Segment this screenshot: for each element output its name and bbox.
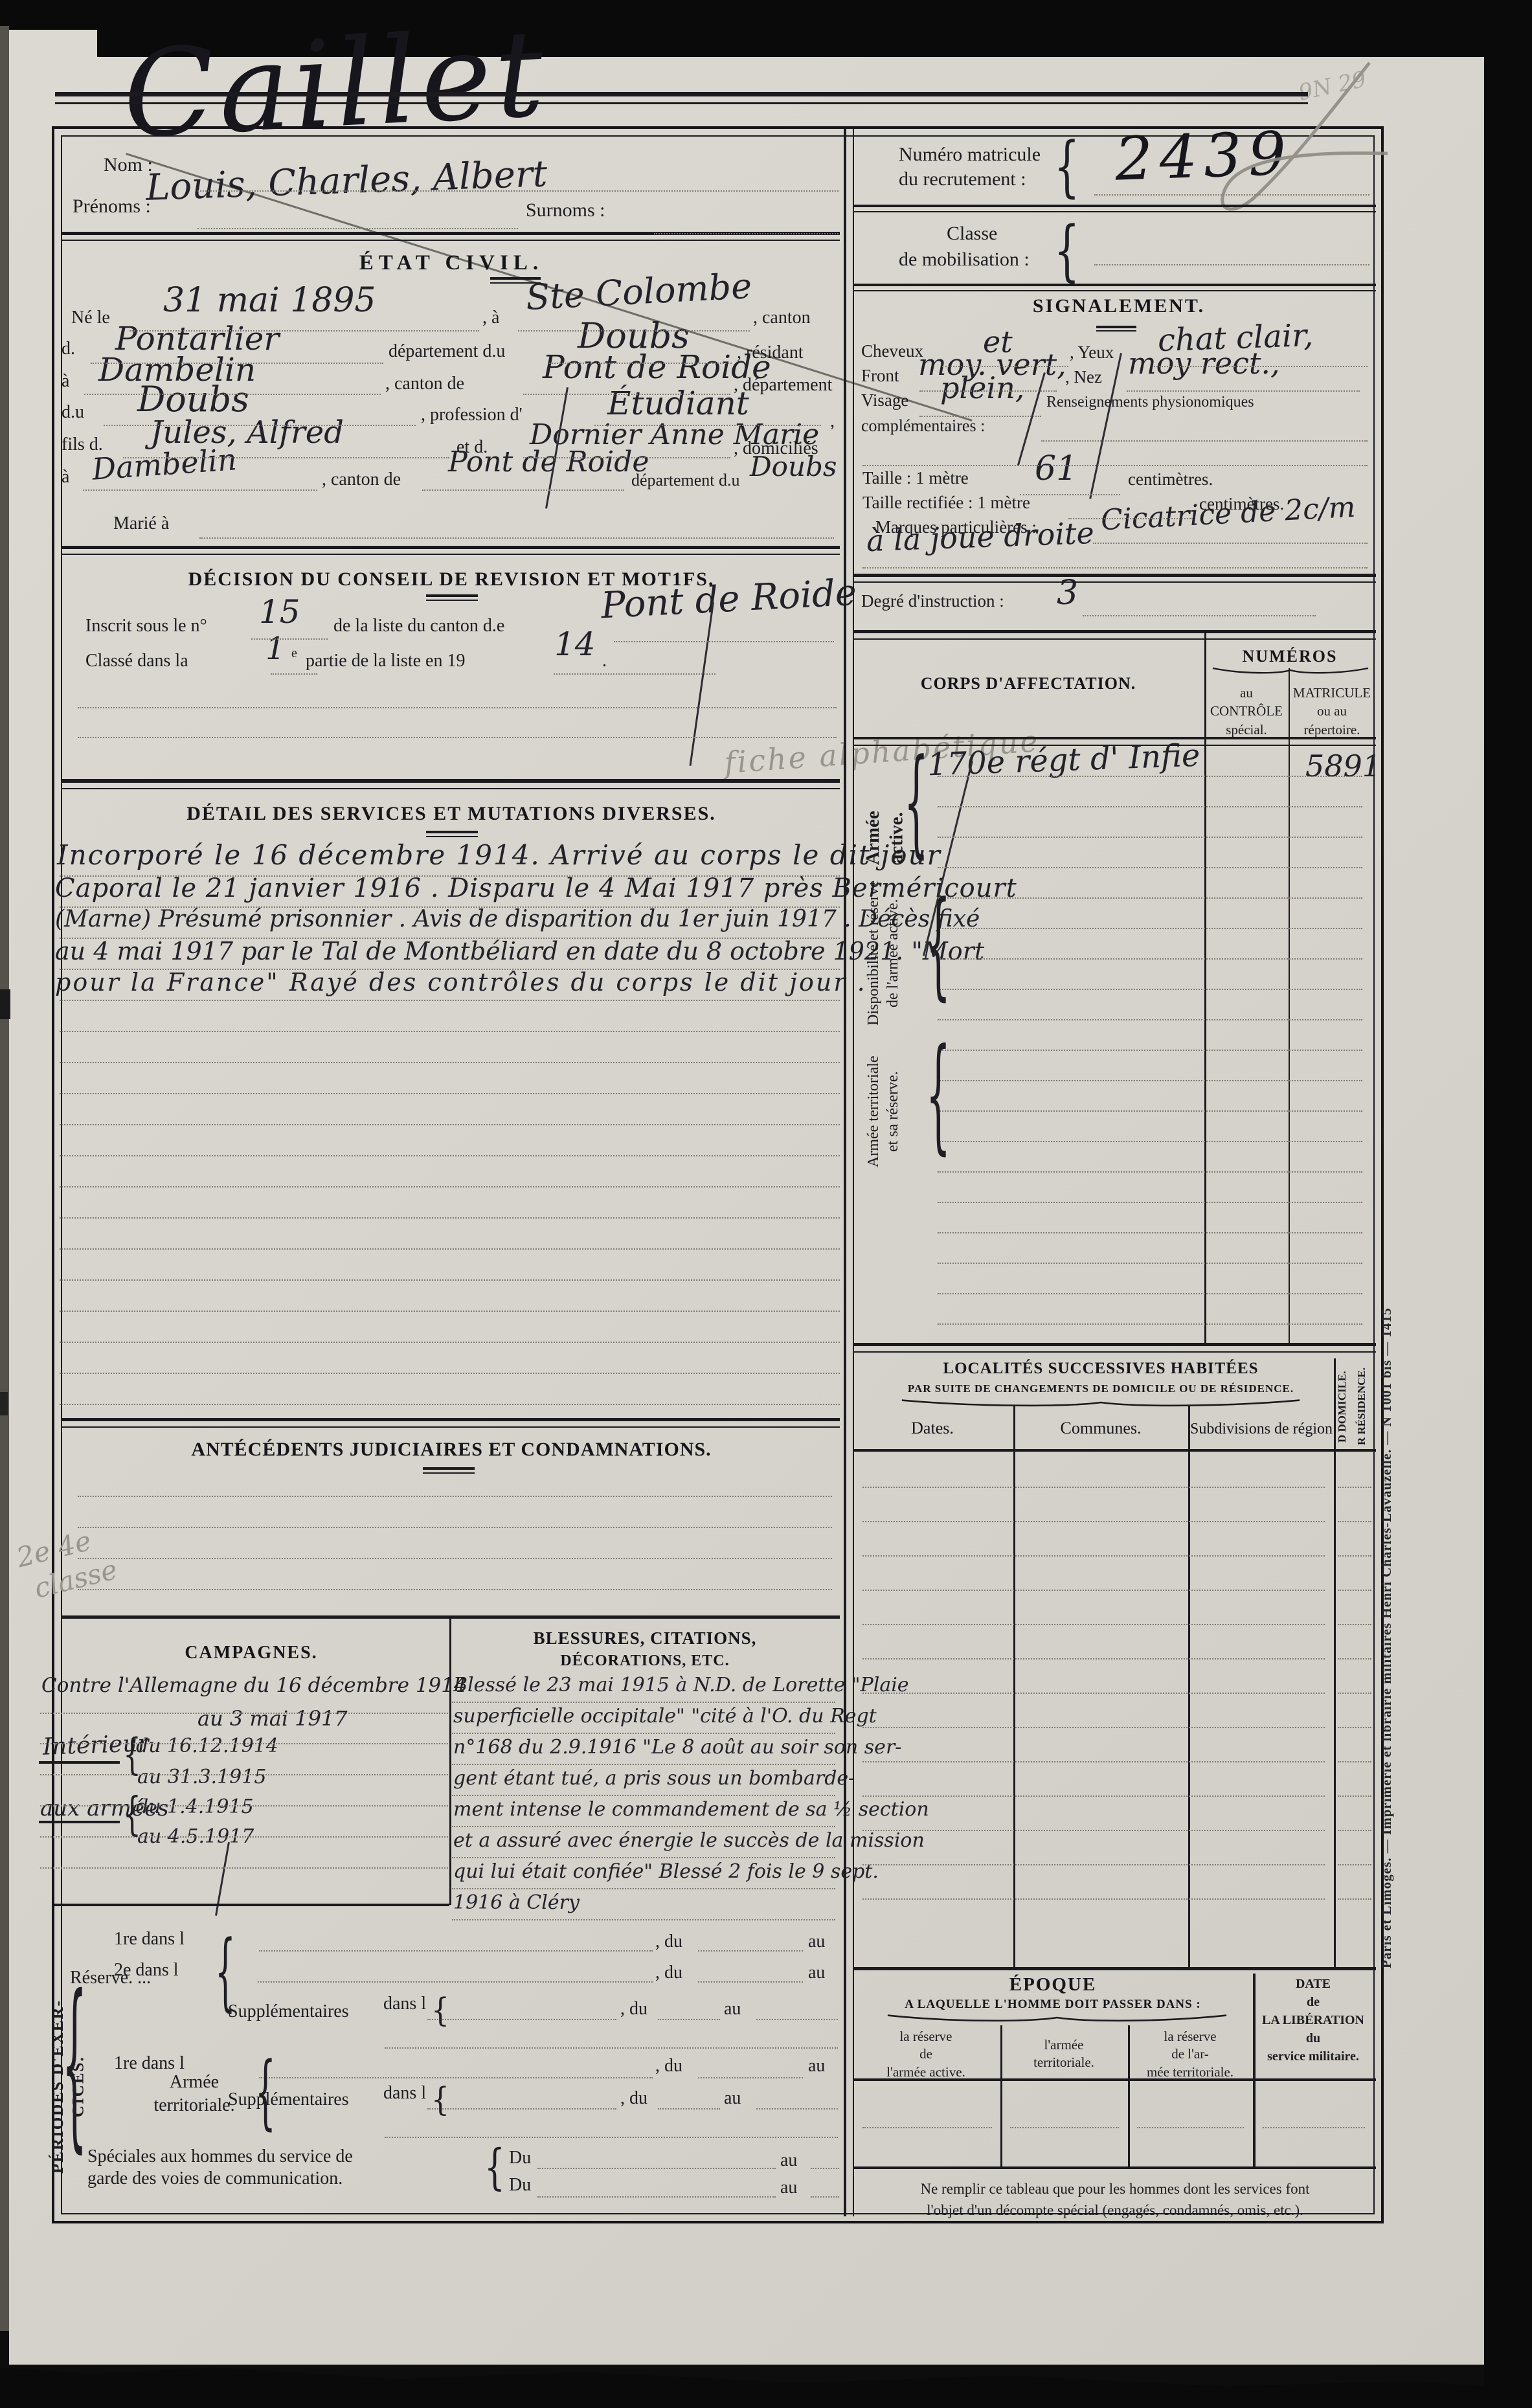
centimetres-label: centimètres. bbox=[1128, 470, 1213, 489]
dotted-line bbox=[1338, 1727, 1371, 1728]
inscrit-label: Inscrit sous le n° bbox=[85, 616, 207, 636]
rule-line bbox=[39, 1821, 120, 1823]
dotted-line bbox=[658, 2019, 720, 2020]
dotted-line bbox=[40, 1867, 448, 1869]
rule-line bbox=[853, 205, 1376, 207]
col-residence-header: R RÉSIDENCE. bbox=[1355, 1360, 1368, 1454]
dotted-line bbox=[862, 1521, 1325, 1522]
du-label: d.u bbox=[62, 403, 84, 423]
dotted-line bbox=[938, 806, 1362, 807]
rule-line bbox=[853, 1967, 1376, 1970]
rule-line bbox=[853, 2078, 1376, 2081]
dotted-line bbox=[60, 1217, 840, 1219]
speciales-au-2: au bbox=[780, 2178, 797, 2198]
dotted-line bbox=[60, 1404, 840, 1405]
dotted-line bbox=[427, 2019, 616, 2020]
rule-line bbox=[423, 1472, 475, 1474]
dotted-line bbox=[60, 875, 840, 877]
dotted-line bbox=[271, 673, 317, 675]
a-label-2: à bbox=[62, 372, 69, 392]
dotted-line bbox=[554, 673, 715, 675]
front-label: Front bbox=[861, 366, 899, 386]
dotted-line bbox=[60, 906, 840, 908]
domicile-canton-value: Pont de Roide bbox=[448, 448, 649, 477]
dotted-line bbox=[1338, 1521, 1371, 1522]
dotted-line bbox=[862, 1898, 1325, 1900]
dotted-line bbox=[40, 1774, 448, 1775]
dotted-line bbox=[938, 928, 1362, 929]
departement-du-label: département d.u bbox=[389, 342, 505, 362]
dotted-line bbox=[259, 2077, 653, 2078]
dotted-line bbox=[1154, 366, 1368, 367]
brace-decoration: { bbox=[1054, 133, 1079, 199]
dotted-line bbox=[654, 233, 839, 234]
canton-de-label: , canton de bbox=[385, 374, 464, 394]
vertical-line bbox=[1334, 1358, 1336, 1967]
dotted-line bbox=[698, 1950, 803, 1952]
col-domicile-header: D DOMICILE. bbox=[1335, 1360, 1349, 1454]
dotted-line bbox=[1094, 194, 1369, 196]
rule-line bbox=[853, 1343, 1376, 1346]
blessures-line: 1916 à Cléry bbox=[453, 1893, 580, 1913]
dotted-line bbox=[452, 1733, 835, 1734]
dotted-line bbox=[756, 2019, 838, 2020]
degre-instruction-label: Degré d'instruction : bbox=[861, 592, 1004, 611]
dotted-line bbox=[1338, 1693, 1371, 1694]
speciales-label-1: Spéciales aux hommes du service de bbox=[87, 2147, 353, 2167]
campagnes-interieur-du: du 16.12.1914 bbox=[136, 1737, 278, 1756]
brace-decoration: { bbox=[123, 1792, 141, 1838]
blessures-heading-1: BLESSURES, CITATIONS, bbox=[534, 1629, 757, 1648]
dotted-line bbox=[197, 228, 518, 229]
dotted-line bbox=[862, 1487, 1325, 1488]
brace-decoration: { bbox=[431, 1994, 449, 2027]
classe-suite-label: partie de la liste en 19 bbox=[306, 651, 465, 671]
campagnes-heading: CAMPAGNES. bbox=[185, 1643, 317, 1663]
dotted-line bbox=[1020, 494, 1120, 495]
groupe-disponibilite-label: Disponibilité et réserve de l'armée acti… bbox=[864, 879, 903, 1027]
dotted-line bbox=[938, 1263, 1362, 1264]
dotted-line bbox=[1010, 2127, 1119, 2128]
rule-line bbox=[853, 211, 1376, 212]
yeux-label: , Yeux bbox=[1070, 343, 1114, 363]
profession-value: Étudiant bbox=[607, 387, 749, 420]
scan-artifact bbox=[0, 1392, 8, 1415]
rule-line bbox=[55, 102, 1308, 104]
a-label: , à bbox=[482, 308, 499, 328]
dotted-line bbox=[258, 1981, 653, 1983]
dotted-line bbox=[259, 1950, 653, 1952]
dotted-line bbox=[1338, 1830, 1371, 1831]
vertical-line bbox=[449, 1617, 451, 1905]
residence-departement-value: Doubs bbox=[137, 382, 249, 417]
dotted-line bbox=[938, 1019, 1362, 1020]
dotted-line bbox=[698, 1981, 803, 1983]
dotted-line bbox=[938, 1141, 1362, 1142]
blessures-line: gent étant tué, a pris sous un bombarde- bbox=[453, 1769, 855, 1788]
dotted-line bbox=[938, 867, 1362, 868]
dotted-line bbox=[1338, 1658, 1371, 1660]
dotted-line bbox=[452, 1795, 835, 1796]
d-label: d. bbox=[62, 339, 75, 359]
dotted-line bbox=[658, 2108, 720, 2110]
dotted-line bbox=[862, 1658, 1325, 1660]
departement-du-label-2: département d.u bbox=[631, 471, 740, 490]
scan-edge-right bbox=[1484, 0, 1532, 2408]
brace-decoration: { bbox=[62, 1974, 87, 2156]
dotted-line bbox=[1137, 2127, 1244, 2128]
dotted-line bbox=[78, 1496, 832, 1497]
row-1re-t-du: , du bbox=[655, 2056, 682, 2076]
dotted-line bbox=[938, 1050, 1362, 1051]
dotted-line bbox=[919, 416, 1041, 417]
dotted-line bbox=[1338, 1864, 1371, 1865]
col-dates-header: Dates. bbox=[911, 1419, 954, 1438]
vertical-line bbox=[853, 128, 854, 2216]
dotted-line bbox=[60, 1248, 840, 1250]
speciales-du-2: Du bbox=[509, 2176, 531, 2196]
vertical-line bbox=[1289, 668, 1290, 1344]
localites-title: LOCALITÉS SUCCESSIVES HABITÉES bbox=[943, 1360, 1258, 1378]
etat-civil-heading: ÉTAT CIVIL. bbox=[359, 251, 543, 275]
dotted-line bbox=[91, 363, 383, 364]
rule-line bbox=[853, 284, 1376, 286]
profession-label: , profession d' bbox=[421, 405, 523, 425]
rule-line bbox=[1096, 330, 1136, 332]
epoque-brace bbox=[881, 2012, 1233, 2023]
dotted-line bbox=[938, 1232, 1362, 1233]
dotted-line bbox=[1127, 390, 1360, 392]
epoque-title: ÉPOQUE bbox=[1009, 1975, 1096, 1996]
col-communes-header: Communes. bbox=[1061, 1419, 1142, 1438]
dotted-line bbox=[938, 989, 1362, 990]
blessures-line: qui lui était confiée" Blessé 2 fois le … bbox=[453, 1862, 879, 1882]
taille-rectifiee-label: Taille rectifiée : 1 mètre bbox=[862, 493, 1030, 513]
rule-line bbox=[423, 1467, 475, 1470]
rule-line bbox=[54, 1904, 449, 1906]
dotted-line bbox=[385, 2137, 838, 2138]
suppl-t-du: , du bbox=[620, 2089, 648, 2109]
armee-territoriale-label: Armée territoriale. bbox=[153, 2071, 234, 2118]
epoque-footnote: Ne remplir ce tableau que pour les homme… bbox=[920, 2178, 1309, 2222]
groupe-armee-active-label: Armée active. bbox=[861, 785, 908, 892]
services-line: Incorporé le 16 décembre 1914. Arrivé au… bbox=[57, 842, 941, 869]
dotted-line bbox=[78, 707, 837, 708]
services-heading: DÉTAIL DES SERVICES ET MUTATIONS DIVERSE… bbox=[186, 803, 716, 824]
dotted-line bbox=[60, 1093, 840, 1094]
antecedents-heading: ANTÉCÉDENTS JUDICIAIRES ET CONDAMNATIONS… bbox=[191, 1439, 711, 1460]
rule-line bbox=[853, 745, 1376, 746]
rule-line bbox=[39, 1761, 120, 1764]
supplementaires-t-label: Supplémentaires bbox=[228, 2090, 349, 2110]
rule-line bbox=[426, 600, 478, 601]
rule-line bbox=[853, 581, 1376, 583]
dotted-line bbox=[1338, 1898, 1371, 1900]
dotted-line bbox=[1338, 1761, 1371, 1762]
dotted-line bbox=[104, 425, 416, 426]
rule-line bbox=[853, 574, 1376, 577]
dans-l-label: dans l bbox=[383, 1994, 426, 2014]
rule-line bbox=[853, 1351, 1376, 1353]
scanned-military-register-page: Caillet Nom : Prénoms : Louis, Charles, … bbox=[0, 0, 1532, 2408]
controle-special-header: au CONTRÔLE spécial. bbox=[1210, 684, 1283, 739]
vertical-line bbox=[1253, 1974, 1256, 2168]
classe-annee-value: 14 bbox=[554, 628, 596, 660]
dans-l-t-label: dans l bbox=[383, 2084, 426, 2104]
rule-line bbox=[490, 277, 541, 280]
dotted-line bbox=[60, 1062, 840, 1063]
epoque-date-liberation-header: DATE de LA LIBÉRATION du service militai… bbox=[1262, 1975, 1364, 2065]
rule-line bbox=[853, 1449, 1376, 1452]
brace-decoration: { bbox=[255, 2051, 276, 2132]
blessures-line: Blessé le 23 mai 1915 à N.D. de Lorette … bbox=[453, 1676, 909, 1695]
row-2e-label: 2e dans l bbox=[114, 1961, 179, 1981]
dotted-line bbox=[40, 1805, 448, 1806]
dotted-line bbox=[537, 2196, 776, 2198]
speciales-au-1: au bbox=[780, 2151, 797, 2171]
dotted-line bbox=[60, 1124, 840, 1125]
numeros-header: NUMÉROS bbox=[1243, 647, 1338, 666]
surnoms-label: Surnoms : bbox=[526, 199, 605, 221]
ne-le-label: Né le bbox=[71, 308, 110, 328]
cheveux-label: Cheveux bbox=[861, 342, 923, 361]
dotted-line bbox=[427, 2108, 616, 2110]
dotted-line bbox=[60, 1279, 840, 1281]
dotted-line bbox=[1338, 1795, 1371, 1797]
dotted-line bbox=[83, 489, 317, 491]
rule-line bbox=[853, 630, 1376, 633]
rule-line bbox=[1096, 326, 1136, 328]
dotted-line bbox=[40, 1836, 448, 1838]
rule-line bbox=[426, 836, 478, 837]
marques-value-2: à la joue droite bbox=[866, 518, 1094, 556]
row-1re-au: au bbox=[808, 1932, 825, 1952]
rule-line bbox=[853, 2166, 1376, 2169]
dotted-line bbox=[862, 1693, 1325, 1694]
dotted-line bbox=[452, 1826, 835, 1827]
epoque-subtitle: A LAQUELLE L'HOMME DOIT PASSER DANS : bbox=[905, 1998, 1201, 2012]
rule-line bbox=[62, 779, 840, 783]
dotted-line bbox=[60, 1342, 840, 1343]
taille-label: Taille : 1 mètre bbox=[862, 469, 969, 488]
name-signature-handwritten: Caillet bbox=[120, 14, 550, 155]
dotted-line bbox=[938, 837, 1362, 838]
dotted-line bbox=[811, 2196, 839, 2198]
dotted-line bbox=[1338, 1487, 1371, 1488]
corps-affectation-header: CORPS D'AFFECTATION. bbox=[921, 675, 1136, 693]
complementaires-label: complémentaires : bbox=[861, 417, 985, 436]
supplementaires-label: Supplémentaires bbox=[228, 2002, 349, 2022]
matricule-repertoire-header: MATRICULE ou au répertoire. bbox=[1293, 684, 1371, 739]
row-1re-t-au: au bbox=[808, 2056, 825, 2076]
dotted-line bbox=[1041, 440, 1368, 442]
dotted-line bbox=[1068, 518, 1193, 519]
localites-brace bbox=[894, 1397, 1308, 1408]
dotted-line bbox=[1338, 1590, 1371, 1591]
dotted-line bbox=[452, 1888, 835, 1889]
dotted-line bbox=[862, 1624, 1325, 1625]
dotted-line bbox=[78, 1558, 832, 1559]
a-label-3: à bbox=[62, 467, 69, 488]
dotted-line bbox=[518, 330, 750, 332]
dotted-line bbox=[594, 425, 821, 426]
renseignements-label: Renseignements physionomiques bbox=[1046, 394, 1254, 411]
rule-line bbox=[55, 92, 1308, 96]
brace-decoration: { bbox=[215, 1930, 236, 2014]
blessures-line: n°168 du 2.9.1916 "Le 8 août au soir son… bbox=[453, 1738, 901, 1757]
rule-line bbox=[426, 594, 478, 597]
dotted-line bbox=[78, 1589, 832, 1590]
brace-decoration: { bbox=[904, 745, 929, 861]
dotted-line bbox=[452, 1919, 835, 1920]
nez-value: moy rect., bbox=[1128, 348, 1280, 378]
suppl-du: , du bbox=[620, 1999, 648, 2020]
canton-label: , canton bbox=[753, 308, 811, 328]
dotted-line bbox=[1083, 615, 1316, 616]
dotted-line bbox=[942, 366, 1068, 367]
dotted-line bbox=[938, 958, 1362, 960]
blessures-line: ment intense le commandement de sa ½ sec… bbox=[453, 1800, 929, 1819]
dotted-line bbox=[1338, 1624, 1371, 1625]
signalement-heading: SIGNALEMENT. bbox=[1033, 295, 1205, 317]
speciales-du-1: Du bbox=[509, 2148, 531, 2168]
dotted-line bbox=[537, 2168, 776, 2169]
suppl-t-au: au bbox=[724, 2089, 741, 2109]
naissance-date-value: 31 mai 1895 bbox=[163, 284, 376, 317]
dotted-line bbox=[60, 1000, 840, 1001]
dotted-line bbox=[452, 1764, 835, 1765]
dotted-line bbox=[1093, 543, 1368, 544]
dotted-line bbox=[862, 465, 1368, 466]
dotted-line bbox=[862, 2127, 992, 2128]
dotted-line bbox=[60, 938, 840, 939]
brace-decoration: { bbox=[926, 887, 951, 1004]
vertical-line bbox=[844, 128, 846, 2216]
localites-subtitle: PAR SUITE DE CHANGEMENTS DE DOMICILE OU … bbox=[908, 1383, 1294, 1395]
vertical-line bbox=[1188, 1406, 1190, 1967]
rule-line bbox=[853, 290, 1376, 291]
row-2e-du: , du bbox=[655, 1963, 682, 1983]
rule-line bbox=[62, 1426, 840, 1428]
classe-sup: e bbox=[291, 646, 297, 660]
prenoms-label: Prénoms : bbox=[73, 196, 151, 217]
inscrit-numero-value: 15 bbox=[259, 596, 300, 628]
dotted-line bbox=[938, 897, 1362, 899]
services-line: pour la France" Rayé des contrôles du co… bbox=[55, 970, 867, 995]
rule-line bbox=[853, 638, 1376, 640]
dotted-line bbox=[614, 641, 834, 642]
campagnes-interieur-au: au 31.3.1915 bbox=[137, 1768, 266, 1787]
taille-value: 61 bbox=[1035, 452, 1077, 486]
rule-line bbox=[62, 240, 840, 241]
numero-matricule-label-2: du recrutement : bbox=[899, 168, 1026, 190]
epoque-col-reserve-active: la réserve de l'armée active. bbox=[886, 2028, 965, 2081]
pere-value: Jules, Alfred bbox=[150, 417, 344, 448]
numero-matricule-label-1: Numéro matricule bbox=[899, 144, 1041, 165]
nez-label: , Nez bbox=[1065, 368, 1102, 387]
dotted-line bbox=[862, 1795, 1325, 1797]
dotted-line bbox=[938, 1110, 1362, 1112]
dotted-line bbox=[84, 394, 381, 395]
dotted-line bbox=[60, 1186, 840, 1187]
services-line: (Marne) Présumé prisonnier . Avis de dis… bbox=[55, 908, 980, 931]
virgule: , bbox=[830, 412, 835, 432]
dotted-line bbox=[452, 1702, 835, 1703]
classe-mobilisation-label-2: de mobilisation : bbox=[899, 249, 1030, 270]
rule-line bbox=[62, 546, 840, 549]
dotted-line bbox=[60, 1311, 840, 1312]
dotted-line bbox=[862, 1555, 1325, 1557]
groupe-territoriale-label: Armée territoriale et sa réserve. bbox=[864, 1035, 903, 1189]
classe-mobilisation-label-1: Classe bbox=[947, 223, 997, 244]
vertical-line bbox=[1000, 2025, 1002, 2166]
dotted-line bbox=[40, 1743, 448, 1744]
canton-de-label-2: , canton de bbox=[322, 470, 401, 490]
dotted-line bbox=[452, 1857, 835, 1858]
brace-decoration: { bbox=[123, 1734, 141, 1777]
dotted-line bbox=[698, 2077, 803, 2078]
dotted-line bbox=[60, 1031, 840, 1032]
dotted-line bbox=[78, 1527, 832, 1528]
dotted-line bbox=[40, 1713, 448, 1714]
rule-line bbox=[62, 1418, 840, 1421]
dotted-line bbox=[938, 1202, 1362, 1203]
domicile-value: Dambelin bbox=[91, 444, 238, 484]
dotted-line bbox=[862, 1761, 1325, 1762]
brace-decoration: { bbox=[1054, 218, 1079, 284]
marie-label: Marié à bbox=[113, 514, 169, 534]
speciales-label-2: garde des voies de communication. bbox=[87, 2169, 343, 2189]
naissance-canton-value: Pontarlier bbox=[115, 322, 279, 355]
blessures-heading-2: DÉCORATIONS, ETC. bbox=[560, 1652, 729, 1669]
dotted-line bbox=[862, 1590, 1325, 1591]
rule-line bbox=[490, 282, 541, 284]
col-subdivisions-header: Subdivisions de région bbox=[1190, 1421, 1333, 1437]
dotted-line bbox=[1094, 264, 1369, 265]
vertical-line bbox=[1128, 2025, 1130, 2166]
dotted-line bbox=[130, 330, 479, 332]
campagnes-ligne-1: Contre l'Allemagne du 16 décembre 1914 bbox=[41, 1676, 467, 1696]
epoque-col-territoriale: l'armée territoriale. bbox=[1033, 2036, 1094, 2072]
visage-label: Visage bbox=[861, 391, 908, 411]
blessures-line: superficielle occipitale" "cité à l'O. d… bbox=[453, 1707, 877, 1726]
dotted-line bbox=[938, 776, 1362, 777]
rule-line bbox=[426, 831, 478, 833]
campagnes-armees-du: du 1.4.1915 bbox=[136, 1797, 254, 1817]
dotted-line bbox=[523, 457, 730, 458]
dotted-line bbox=[862, 1830, 1325, 1831]
dotted-line bbox=[422, 489, 624, 491]
visage-value: plein, bbox=[940, 373, 1024, 403]
rule-line bbox=[62, 554, 840, 555]
numeros-brace bbox=[1210, 666, 1371, 675]
scan-edge-left bbox=[0, 26, 9, 2331]
epoque-col-reserve-territoriale: la réserve de l'ar- mée territoriale. bbox=[1147, 2028, 1233, 2081]
dotted-line bbox=[385, 2047, 838, 2049]
campagnes-ligne-2: au 3 mai 1917 bbox=[197, 1708, 348, 1729]
brace-decoration: { bbox=[431, 2084, 449, 2117]
dotted-line bbox=[60, 1373, 840, 1374]
vertical-line bbox=[1013, 1406, 1015, 1967]
publisher-imprint: Paris et Limoges. — Imprimerie et librai… bbox=[1378, 1062, 1395, 2214]
dotted-line bbox=[938, 1293, 1362, 1294]
dotted-line bbox=[523, 394, 730, 395]
scan-artifact bbox=[0, 989, 10, 1019]
suppl-au: au bbox=[724, 1999, 741, 2020]
dotted-line bbox=[862, 567, 1368, 568]
dotted-line bbox=[811, 2168, 839, 2169]
dotted-line bbox=[862, 1864, 1325, 1865]
